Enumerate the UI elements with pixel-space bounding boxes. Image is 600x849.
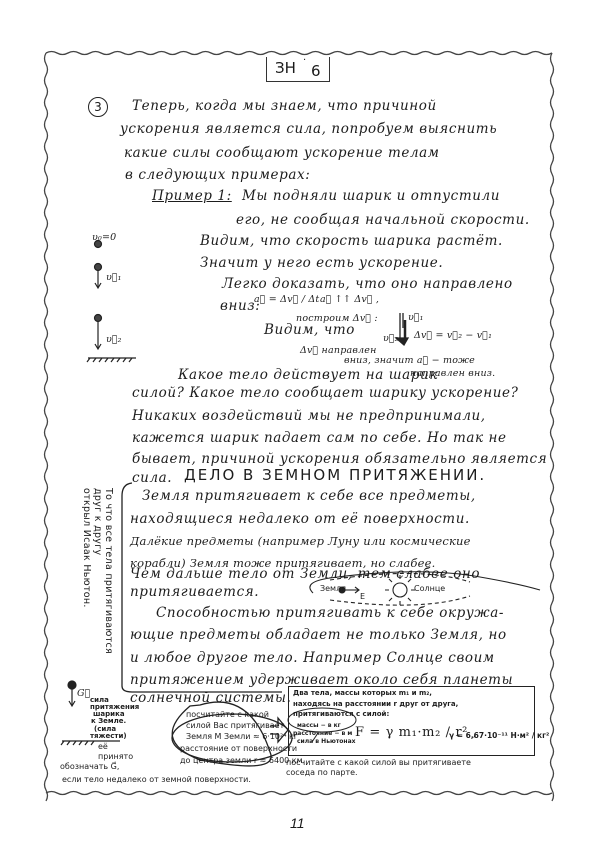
example-line-5: Легко доказать, что оно направлено bbox=[222, 276, 513, 292]
newton-line-1: Два тела, массы которых m₁ и m₂, bbox=[293, 689, 432, 697]
newton-side-note-1: То что все тела притягиваются bbox=[103, 488, 114, 654]
example-line-3: Видим, что скорость шарика растёт. bbox=[200, 233, 503, 249]
formula-direction: a⃗ ↑↑ Δv⃗ , bbox=[320, 294, 379, 305]
example-title: Пример 1: bbox=[152, 188, 232, 204]
exercise-line-4: расстояние от поверхности bbox=[180, 744, 297, 753]
code-label: ЗН bbox=[275, 59, 296, 77]
gravity-line-11: солнечной системы. bbox=[130, 690, 291, 706]
exercise-line-2: силой Вас притягивает bbox=[186, 721, 284, 730]
exercise-line-1: посчитайте с какой bbox=[186, 710, 269, 719]
gravity-side-6: тяжести) bbox=[90, 732, 127, 740]
gravity-line-3: Далёкие предметы (например Луну или косм… bbox=[130, 534, 471, 548]
gravity-bottom-1: её bbox=[98, 742, 108, 751]
newton-side-note-2: друг к другу bbox=[92, 488, 103, 555]
emphasis-earth-gravity: ДЕЛО В ЗЕМНОМ ПРИТЯЖЕНИИ. bbox=[184, 466, 486, 484]
example-line-1: Мы подняли шарик и отпустили bbox=[242, 188, 500, 204]
gravity-line-9: и любое другое тело. Например Солнце сво… bbox=[130, 650, 495, 666]
gravity-bottom-2: принято bbox=[98, 752, 133, 761]
exercise2-line-2: соседа по парте. bbox=[286, 768, 358, 777]
question-line-6: сила. bbox=[132, 470, 172, 486]
gravity-line-2: находящиеся недалеко от её поверхности. bbox=[130, 511, 470, 527]
question-line-5: бывает, причиной ускорения обязательно я… bbox=[132, 451, 547, 467]
gravitational-constant: γ = 6,67·10⁻¹¹ Н·м² / кг² bbox=[449, 731, 549, 740]
intro-line-4: в следующих примерах: bbox=[125, 167, 310, 183]
newton-line-2: находясь на расстоянии r друг от друга, bbox=[293, 700, 458, 708]
intro-line-3: какие силы сообщают ускорение телам bbox=[124, 145, 440, 161]
exercise-line-3: Земля M Земли ≈ 6·10²⁴ кг bbox=[186, 732, 298, 741]
gravity-line-5: Чем дальше тело от Земли, тем слабее оно bbox=[130, 566, 480, 582]
code-number: 6 bbox=[311, 62, 321, 80]
code-dot: · bbox=[303, 55, 306, 66]
v2-label: υ⃗₂ bbox=[106, 334, 122, 345]
gravity-vector-label: G⃗ bbox=[77, 688, 91, 699]
section-number: 3 bbox=[88, 97, 108, 117]
question-line-3: Никаких воздействий мы не предпринимали, bbox=[132, 408, 486, 424]
formula-acceleration: a⃗ = Δv⃗ / Δt bbox=[254, 294, 319, 305]
v1-label: υ⃗₁ bbox=[106, 272, 122, 283]
unit-force: сила в Ньютонах bbox=[297, 738, 356, 745]
unit-distance: расстояние − в м bbox=[293, 730, 352, 737]
question-line-4: кажется шарик падает сам по себе. Но так… bbox=[132, 430, 507, 446]
question-line-2: силой? Какое тело сообщает шарику ускоре… bbox=[132, 385, 518, 401]
intro-line-2: ускорения является сила, попробуем выясн… bbox=[120, 121, 497, 137]
exercise2-line-1: посчитайте с какой силой вы притягиваете bbox=[286, 758, 471, 767]
gravity-side-4: к Земле. bbox=[91, 717, 126, 725]
down-so: вниз, значит a⃗ − тоже bbox=[344, 355, 475, 366]
delta-v-equation: Δv⃗ = v⃗₂ − v⃗₁ bbox=[414, 330, 492, 341]
gravity-line-7: Способностью притягивать к себе окружа- bbox=[156, 605, 504, 621]
newton-side-note-3: открыл Исаак Ньютон. bbox=[81, 488, 92, 608]
orbit-sun-label: Солнце bbox=[414, 584, 445, 593]
vec-v2-label: υ⃗₂ bbox=[383, 333, 399, 344]
v0-label: υ₀=0 bbox=[92, 232, 116, 243]
page-number: 11 bbox=[290, 815, 305, 831]
orbit-e-label: E bbox=[360, 592, 365, 601]
example-line-2: его, не сообщая начальной скорости. bbox=[236, 212, 530, 228]
question-line-1: Какое тело действует на шарик bbox=[178, 367, 438, 383]
gravity-line-1: Земля притягивает к себе все предметы, bbox=[142, 488, 476, 504]
orbit-earth-label: Земля bbox=[320, 584, 346, 593]
unit-mass: массы − в кг bbox=[297, 722, 341, 729]
newton-line-3: притягиваются с силой: bbox=[293, 710, 389, 718]
gravity-bottom-4: если тело недалеко от земной поверхности… bbox=[62, 775, 251, 784]
newton-law-box: Два тела, массы которых m₁ и m₂, находяс… bbox=[288, 686, 535, 756]
intro-line-1: Теперь, когда мы знаем, что причиной bbox=[132, 98, 437, 114]
gravity-bottom-3: обозначать G⃗, bbox=[60, 762, 119, 771]
worksheet-code: ЗН · 6 bbox=[266, 57, 330, 82]
gravity-line-6: притягивается. bbox=[130, 584, 259, 600]
see-that: Видим, что bbox=[264, 322, 355, 338]
example-line-4: Значит у него есть ускорение. bbox=[200, 255, 443, 271]
gravity-line-8: ющие предметы обладает не только Земля, … bbox=[130, 627, 507, 643]
vec-v1-label: υ⃗₁ bbox=[408, 312, 424, 323]
